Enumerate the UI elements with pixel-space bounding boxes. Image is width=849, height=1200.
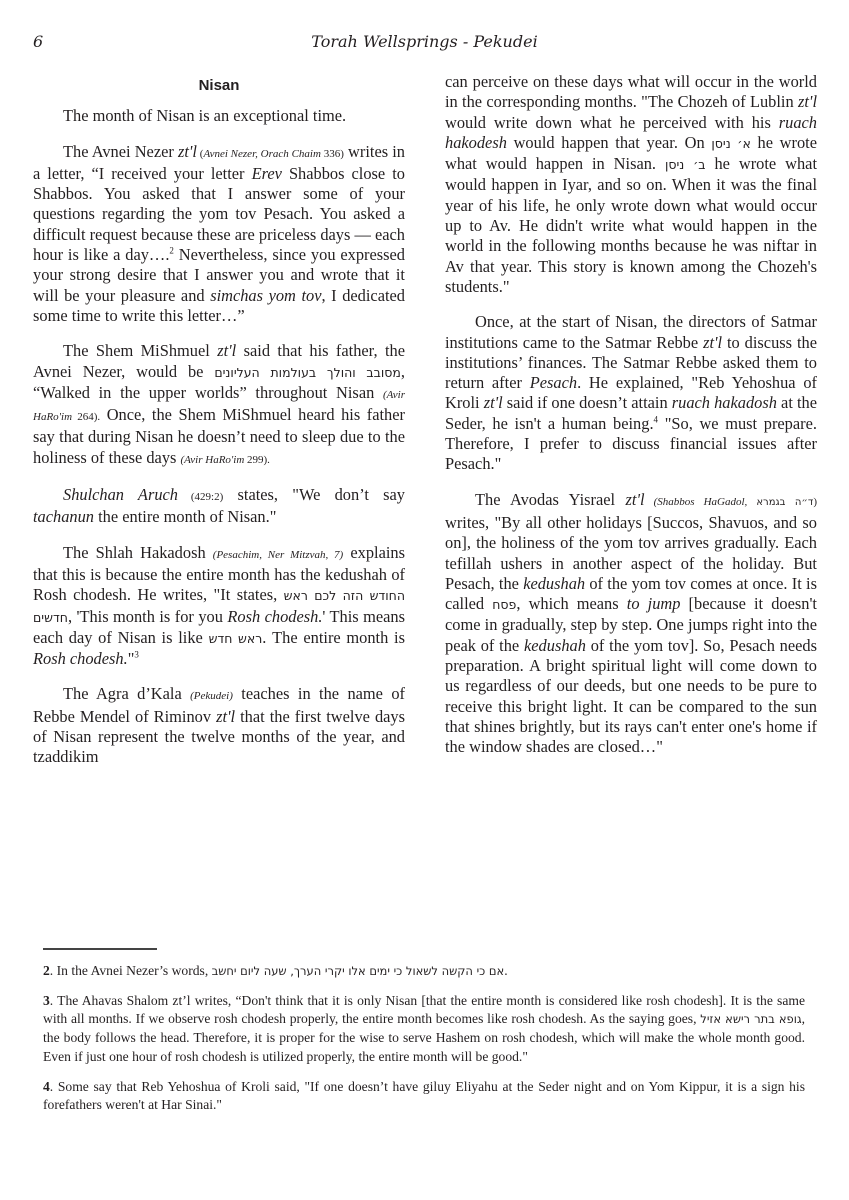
hebrew-word: פסח xyxy=(492,597,516,612)
hebrew-date: א׳ ניסן xyxy=(711,136,750,151)
paragraph-shem-mishmuel: The Shem MiShmuel zt'l said that his fat… xyxy=(33,341,405,470)
paragraph-satmar: Once, at the start of Nisan, the directo… xyxy=(445,312,817,474)
footnote-2: 2. In the Avnei Nezer’s words, אם כי הקש… xyxy=(43,962,805,981)
left-column: Nisan The month of Nisan is an exception… xyxy=(33,72,405,783)
running-header: 6 Torah Wellsprings - Pekudei xyxy=(0,32,849,56)
hebrew-quote: מסובב והולך בעולמות העליונים xyxy=(214,365,401,380)
footnote-divider xyxy=(43,948,157,950)
document-page: 6 Torah Wellsprings - Pekudei Nisan The … xyxy=(0,0,849,1200)
paragraph-shlah: The Shlah Hakadosh (Pesachim, Ner Mitzva… xyxy=(33,543,405,670)
paragraph-agra-dkala: The Agra d’Kala (Pekudei) teaches in the… xyxy=(33,684,405,767)
paragraph-shulchan-aruch: Shulchan Aruch (429:2) states, "We don’t… xyxy=(33,485,405,528)
book-title: Torah Wellsprings - Pekudei xyxy=(0,32,849,51)
paragraph-chozeh-continued: can perceive on these days what will occ… xyxy=(445,72,817,297)
footnote-ref-3[interactable]: 3 xyxy=(134,650,139,660)
footnote-3: 3. The Ahavas Shalom zt’l writes, “Don't… xyxy=(43,992,805,1067)
hebrew-date: ב׳ ניסן xyxy=(665,157,706,172)
footnotes-section: 2. In the Avnei Nezer’s words, אם כי הקש… xyxy=(43,962,805,1126)
footnote-4: 4. Some say that Reb Yehoshua of Kroli s… xyxy=(43,1078,805,1115)
right-column: can perceive on these days what will occ… xyxy=(445,72,817,773)
section-title: Nisan xyxy=(33,76,405,96)
paragraph-avnei-nezer: The Avnei Nezer zt'l (Avnei Nezer, Orach… xyxy=(33,142,405,327)
hebrew-quote: ראש חדש xyxy=(209,631,263,646)
paragraph-intro: The month of Nisan is an exceptional tim… xyxy=(33,106,405,126)
paragraph-avodas-yisrael: The Avodas Yisrael zt'l (Shabbos HaGadol… xyxy=(445,490,817,758)
